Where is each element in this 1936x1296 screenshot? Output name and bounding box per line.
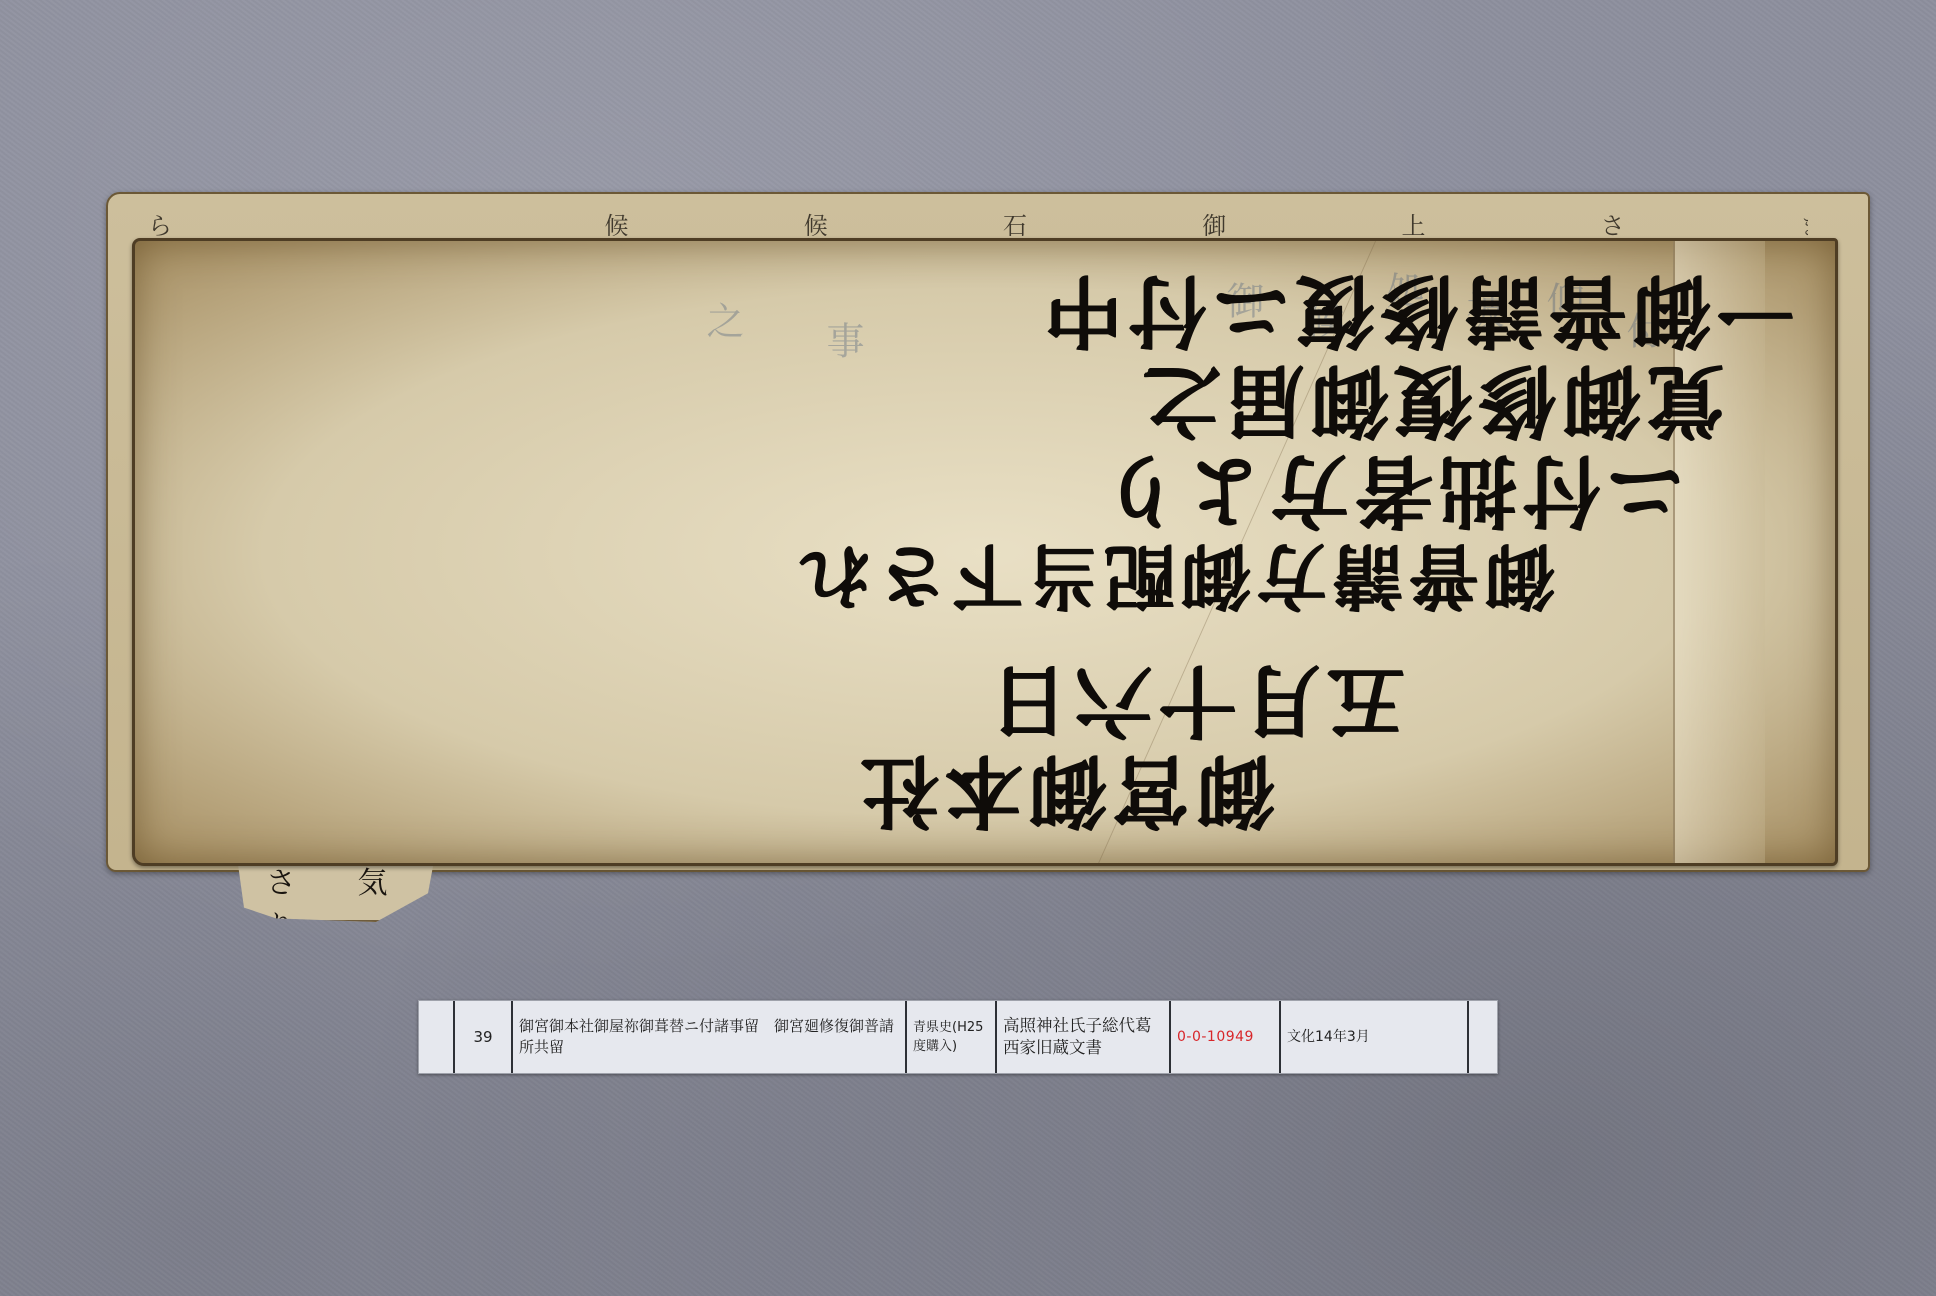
- label-item-number: 39: [455, 1001, 513, 1073]
- label-title: 御宮御本社御屋祢御葺替ニ付諸事留 御宮廻修復御普請所共留: [513, 1001, 907, 1073]
- label-owner-collection: 高照神社氏子総代葛西家旧蔵文書: [997, 1001, 1171, 1073]
- label-blank-cell: [419, 1001, 455, 1073]
- torn-slip-text: さ 気 り: [266, 858, 436, 946]
- calligraphy-line: 御普請方御配当下され: [795, 531, 1555, 632]
- label-blank-cell: [1469, 1001, 1497, 1073]
- document-front-cover: 御 候 処 被 仰 付 之 事 一御普請修復ニ付中 覚御修復御届之 ニ付拙者方よ…: [132, 238, 1838, 866]
- label-catalog-id: 0-0-10949: [1171, 1001, 1281, 1073]
- back-sheet-text: ら 候 候 石 御 上 さ ま: [148, 206, 1808, 236]
- calligraphy-line: 御宮御本社: [855, 741, 1275, 853]
- label-source: 青県史(H25度購入): [907, 1001, 997, 1073]
- faint-underlying-text: 事: [815, 321, 870, 367]
- label-date: 文化14年3月: [1281, 1001, 1469, 1073]
- faint-underlying-text: 之: [695, 301, 750, 347]
- catalog-label: 39 御宮御本社御屋祢御葺替ニ付諸事留 御宮廻修復御普請所共留 青県史(H25度…: [418, 1000, 1498, 1074]
